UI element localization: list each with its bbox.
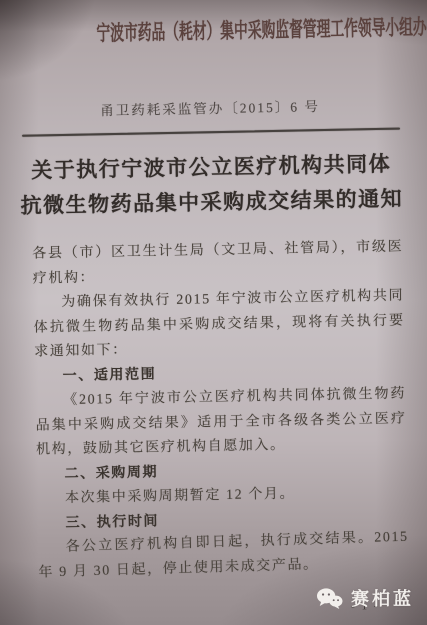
document-body: 各县（市）区卫生计生局（文卫局、社管局），市级医疗机构： 为确保有效执行 201… bbox=[32, 236, 410, 586]
intro-paragraph: 为确保有效执行 2015 年宁波市公立医疗机构共同体抗微生物药品集中采购成交结果… bbox=[33, 285, 405, 366]
brand-watermark: 赛柏蓝 bbox=[316, 585, 414, 611]
section-1-paragraph: 《2015 年宁波市公立医疗机构共同体抗微生物药品集中采购成交结果》适用于全市各… bbox=[35, 382, 407, 463]
document-title: 关于执行宁波市公立医疗机构共同体 抗微生物药品集中采购成交结果的通知 bbox=[0, 146, 426, 224]
document-photo: 宁波市药品（耗材）集中采购监督管理工作领导小组办公室文件 甬卫药耗采监管办〔20… bbox=[0, 0, 427, 625]
brand-name: 赛柏蓝 bbox=[351, 585, 414, 611]
banner-text: 宁波市药品（耗材）集中采购监督管理工作领导小组办公室文件 bbox=[96, 10, 427, 47]
paper-sheet: 宁波市药品（耗材）集中采购监督管理工作领导小组办公室文件 甬卫药耗采监管办〔20… bbox=[0, 0, 427, 625]
header-divider-line bbox=[22, 128, 400, 137]
section-3-paragraph: 各公立医疗机构自即日起，执行成交结果。2015 年 9 月 30 日起，停止使用… bbox=[37, 526, 409, 586]
wechat-icon bbox=[316, 587, 343, 610]
document-number: 甬卫药耗采监管办〔2015〕6 号 bbox=[0, 93, 424, 121]
title-line-2: 抗微生物药品集中采购成交结果的通知 bbox=[0, 181, 426, 224]
salutation: 各县（市）区卫生计生局（文卫局、社管局），市级医疗机构： bbox=[32, 236, 404, 292]
red-header-banner: 宁波市药品（耗材）集中采购监督管理工作领导小组办公室文件 bbox=[0, 11, 422, 49]
